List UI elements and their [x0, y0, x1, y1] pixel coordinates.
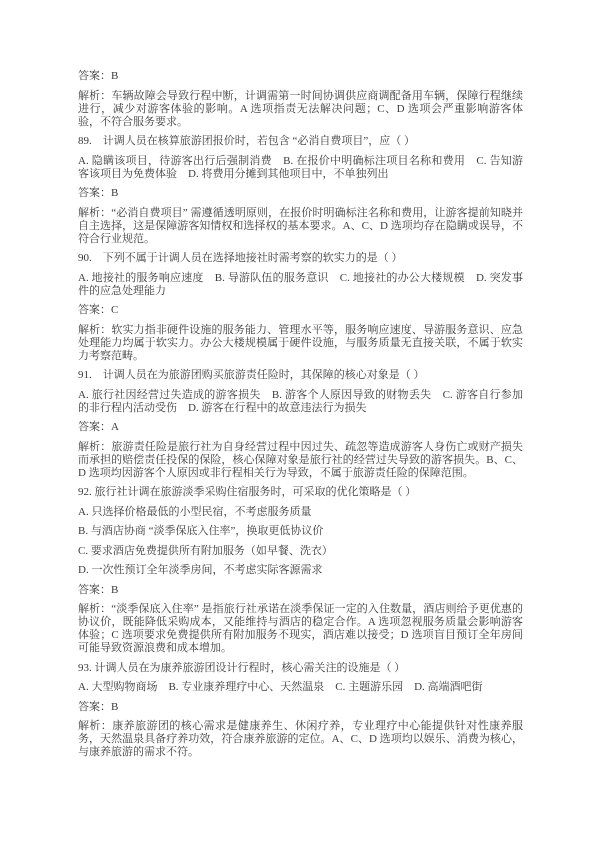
question-90-stem: 90. 下列不属于计调人员在选择地接社时需考察的软实力的是（ ）	[78, 252, 523, 265]
question-90-analysis-paragraph: 解析：软实力指非硬件设施的服务能力、管理水平等，服务响应速度、导游服务意识、应急…	[78, 324, 523, 363]
question-89-options: A. 隐瞒该项目，待游客出行后强制消费 B. 在报价中明确标注项目名称和费用 C…	[78, 155, 523, 181]
question-89-analysis-paragraph: 解析：“必消自费项目” 需遵循透明原则，在报价时明确标注名称和费用，让游客提前知…	[78, 207, 523, 246]
question-93-options: A. 大型购物商场 B. 专业康养理疗中心、天然温泉 C. 主题游乐园 D. 高…	[78, 681, 523, 694]
question-92-stem: 92. 旅行社计调在旅游淡季采购住宿服务时，可采取的优化策略是（ ）	[78, 486, 523, 499]
question-93-analysis-paragraph: 解析：康养旅游团的核心需求是健康养生、休闲疗养，专业理疗中心能提供针对性康养服务…	[78, 720, 523, 759]
question-91-options: A. 旅行社因经营过失造成的游客损失 B. 游客个人原因导致的财物丢失 C. 游…	[78, 389, 523, 415]
prev-question-answer-line: 答案：B	[78, 70, 523, 83]
exam-document-page: 答案：B 解析：车辆故障会导致行程中断，计调需第一时间协调供应商调配备用车辆，保…	[0, 0, 600, 849]
question-92-analysis-paragraph: 解析：“淡季保底入住率” 是指旅行社承诺在淡季保证一定的入住数量，酒店则给予更优…	[78, 603, 523, 655]
question-93-stem: 93. 计调人员在为康养旅游团设计行程时，核心需关注的设施是（ ）	[78, 662, 523, 675]
question-91-stem: 91. 计调人员在为旅游团购买旅游责任险时，其保障的核心对象是（ ）	[78, 369, 523, 382]
question-92-option-d: D. 一次性预订全年淡季房间，不考虑实际客源需求	[78, 564, 523, 577]
question-89-stem: 89. 计调人员在核算旅游团报价时，若包含 “必消自费项目”，应（ ）	[78, 135, 523, 148]
question-90-options: A. 地接社的服务响应速度 B. 导游队伍的服务意识 C. 地接社的办公大楼规模…	[78, 272, 523, 298]
question-92-option-b: B. 与酒店协商 “淡季保底入住率”，换取更低协议价	[78, 525, 523, 538]
question-92-option-a: A. 只选择价格最低的小型民宿，不考虑服务质量	[78, 506, 523, 519]
question-92-answer-line: 答案：B	[78, 584, 523, 597]
question-90-answer-line: 答案：C	[78, 304, 523, 317]
prev-question-analysis-paragraph: 解析：车辆故障会导致行程中断，计调需第一时间协调供应商调配备用车辆，保障行程继续…	[78, 90, 523, 129]
question-89-answer-line: 答案：B	[78, 187, 523, 200]
question-91-answer-line: 答案：A	[78, 421, 523, 434]
question-93-answer-line: 答案：B	[78, 701, 523, 714]
question-91-analysis-paragraph: 解析：旅游责任险是旅行社为自身经营过程中因过失、疏忽等造成游客人身伤亡或财产损失…	[78, 441, 523, 480]
question-92-option-c: C. 要求酒店免费提供所有附加服务（如早餐、洗衣）	[78, 545, 523, 558]
